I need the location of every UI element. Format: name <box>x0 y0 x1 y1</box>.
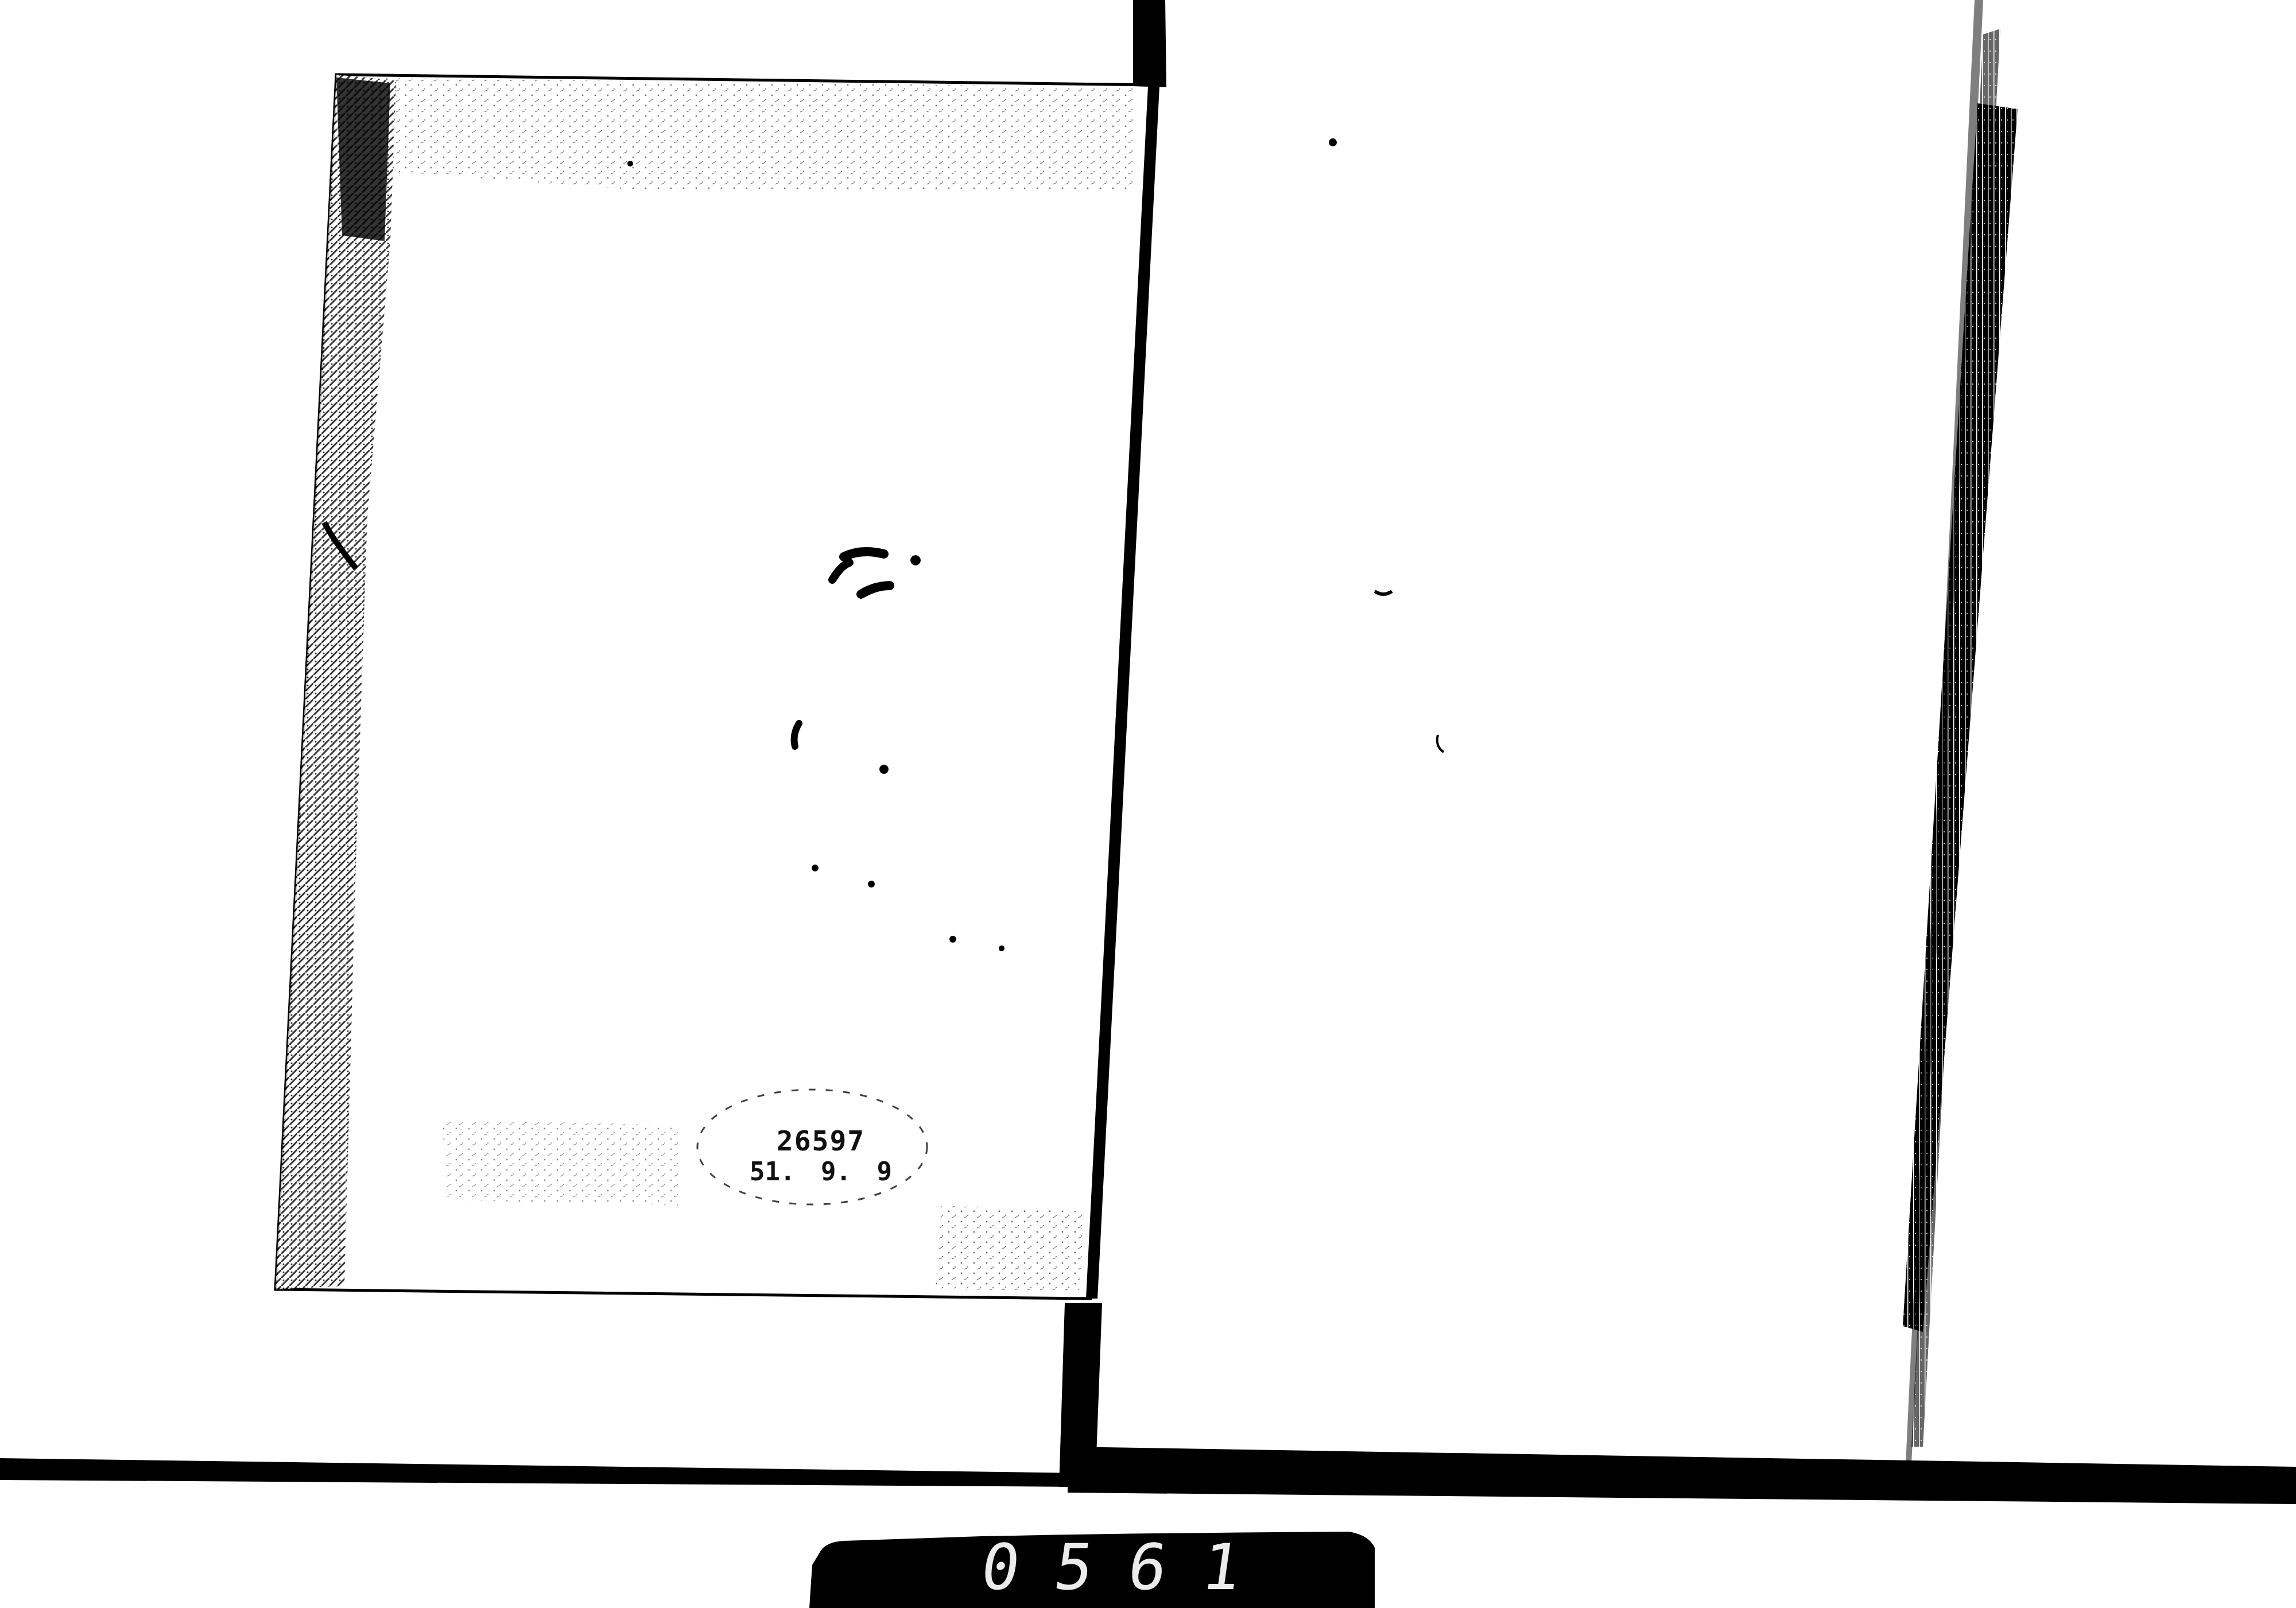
bottom-band <box>0 1447 2296 1504</box>
scan-background <box>0 0 2296 1608</box>
stamp-date: 51. 9. 9 <box>729 1157 913 1187</box>
accession-number: 26597 <box>729 1125 913 1157</box>
accession-stamp: 26597 51. 9. 9 <box>729 1125 913 1187</box>
frame-digit: 6 <box>1124 1533 1172 1602</box>
frame-digit: 5 <box>1050 1533 1098 1602</box>
left-page <box>276 75 1154 1299</box>
right-page-edge <box>1329 0 2018 1464</box>
frame-number-label: 0 5 6 1 <box>809 1525 1383 1608</box>
frame-digit: 1 <box>1197 1533 1245 1602</box>
frame-digit: 0 <box>977 1533 1025 1602</box>
frame-digits: 0 5 6 1 <box>982 1533 1240 1602</box>
